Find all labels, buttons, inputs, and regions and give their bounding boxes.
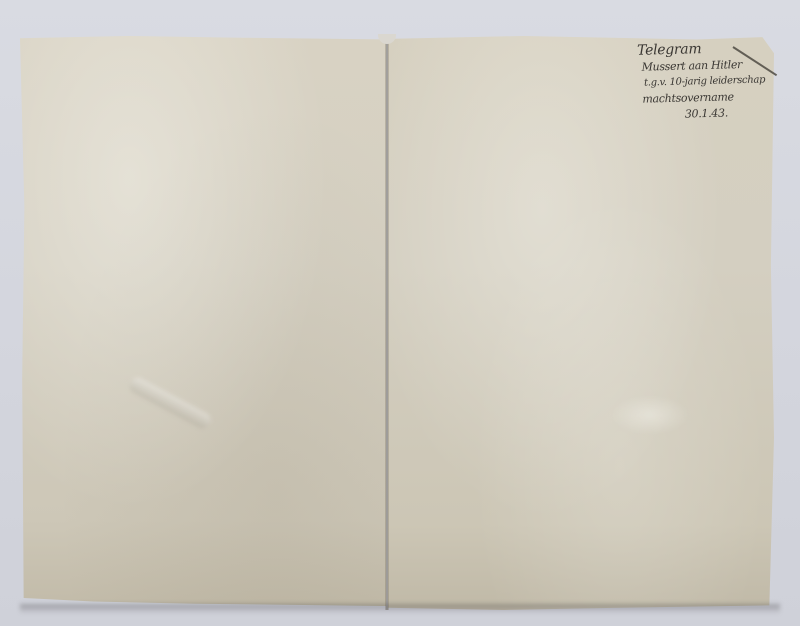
center-fold xyxy=(385,36,389,610)
right-page xyxy=(388,36,774,610)
paper-crease-right xyxy=(610,395,690,435)
handwritten-annotation: Telegram Mussert aan Hitler t.g.v. 10-ja… xyxy=(635,38,777,124)
paper-shadow xyxy=(20,604,780,614)
annotation-date: 30.1.43. xyxy=(685,104,777,122)
left-page xyxy=(20,36,386,606)
photo-scene: Telegram Mussert aan Hitler t.g.v. 10-ja… xyxy=(0,0,800,626)
